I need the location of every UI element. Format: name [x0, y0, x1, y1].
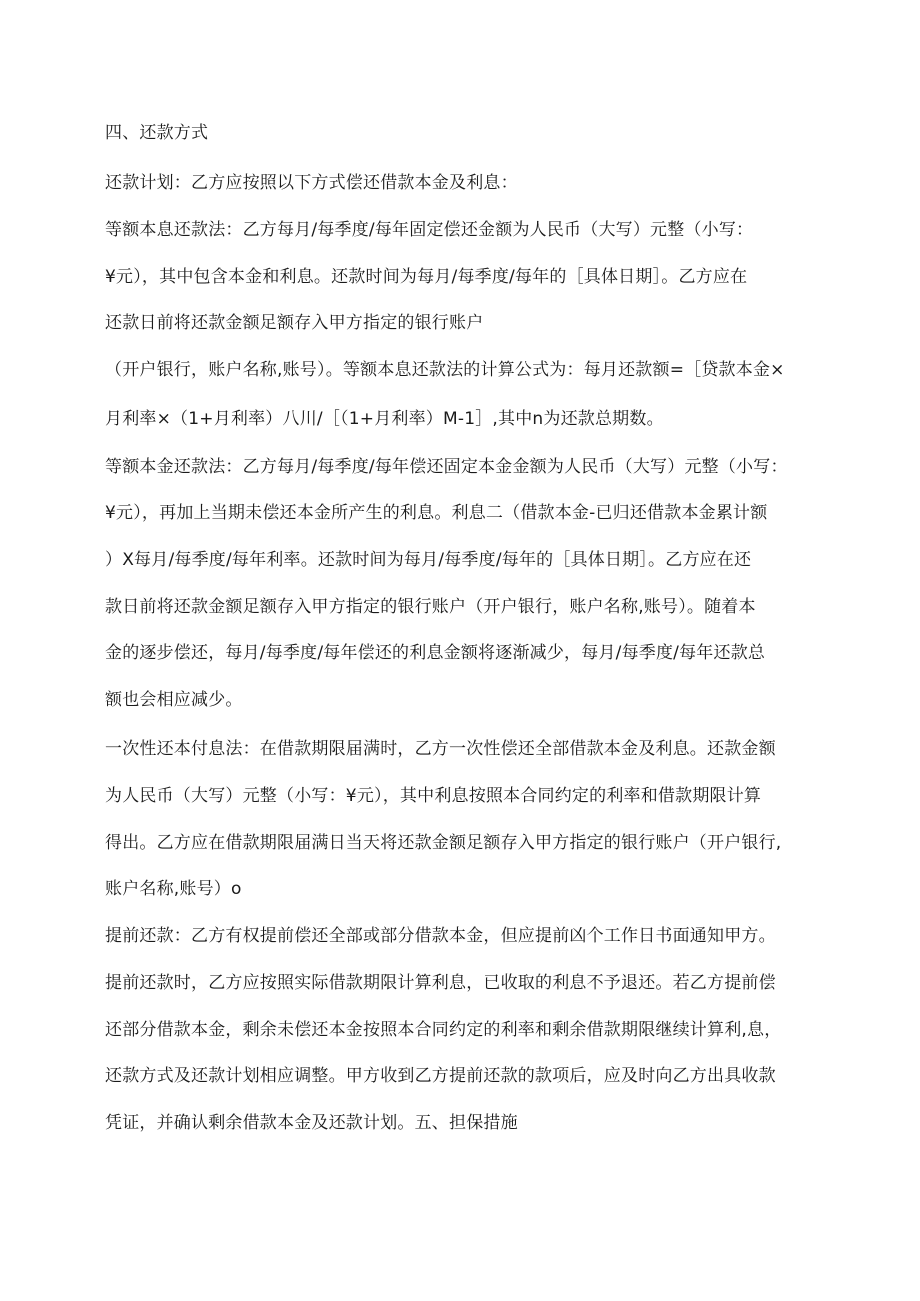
paragraph-line: 一次性还本付息法：在借款期限届满时，乙方一次性偿还全部借款本金及利息。还款金额: [105, 738, 805, 760]
paragraph-line: 账户名称,账号）o: [105, 878, 805, 900]
paragraph-line: ）X每月/每季度/每年利率。还款时间为每月/每季度/每年的［具体日期］。乙方应在…: [105, 549, 805, 571]
paragraph-line: 还款计划：乙方应按照以下方式偿还借款本金及利息：: [105, 172, 805, 194]
paragraph-line: 等额本息还款法：乙方每月/每季度/每年固定偿还金额为人民币（大写）元整（小写：: [105, 219, 805, 241]
paragraph-line: ¥元），其中包含本金和利息。还款时间为每月/每季度/每年的［具体日期］。乙方应在: [105, 266, 805, 288]
paragraph-line: 额也会相应减少。: [105, 689, 805, 711]
formula-line: 月利率×（1+月利率）八川/［（1+月利率）M-1］,其中n为还款总期数。: [105, 408, 805, 430]
paragraph-line: （开户银行，账户名称,账号）。等额本息还款法的计算公式为：每月还款额=［贷款本金…: [105, 359, 805, 381]
section-heading: 四、还款方式: [105, 122, 805, 144]
paragraph-line: ¥元），再加上当期未偿还本金所产生的利息。利息二（借款本金-已归还借款本金累计额: [105, 502, 805, 524]
paragraph-line: 还款方式及还款计划相应调整。甲方收到乙方提前还款的款项后，应及时向乙方出具收款: [105, 1065, 805, 1087]
paragraph-line: 为人民币（大写）元整（小写：¥元），其中利息按照本合同约定的利率和借款期限计算: [105, 785, 805, 807]
paragraph-line: 提前还款：乙方有权提前偿还全部或部分借款本金，但应提前凶个工作日书面通知甲方。: [105, 925, 805, 947]
paragraph-line: 还部分借款本金，剩余未偿还本金按照本合同约定的利率和剩余借款期限继续计算利,息，: [105, 1019, 805, 1041]
paragraph-line: 金的逐步偿还，每月/每季度/每年偿还的利息金额将逐渐减少，每月/每季度/每年还款…: [105, 642, 805, 664]
document-page: 四、还款方式 还款计划：乙方应按照以下方式偿还借款本金及利息： 等额本息还款法：…: [0, 0, 920, 1301]
paragraph-line: 提前还款时，乙方应按照实际借款期限计算利息，已收取的利息不予退还。若乙方提前偿: [105, 972, 805, 994]
paragraph-line: 还款日前将还款金额足额存入甲方指定的银行账户: [105, 312, 805, 334]
paragraph-line: 凭证，并确认剩余借款本金及还款计划。五、担保措施: [105, 1112, 805, 1134]
paragraph-line: 得出。乙方应在借款期限届满日当天将还款金额足额存入甲方指定的银行账户（开户银行,: [105, 832, 805, 854]
paragraph-line: 等额本金还款法：乙方每月/每季度/每年偿还固定本金金额为人民币（大写）元整（小写…: [105, 456, 805, 478]
paragraph-line: 款日前将还款金额足额存入甲方指定的银行账户（开户银行，账户名称,账号）。随着本: [105, 596, 805, 618]
